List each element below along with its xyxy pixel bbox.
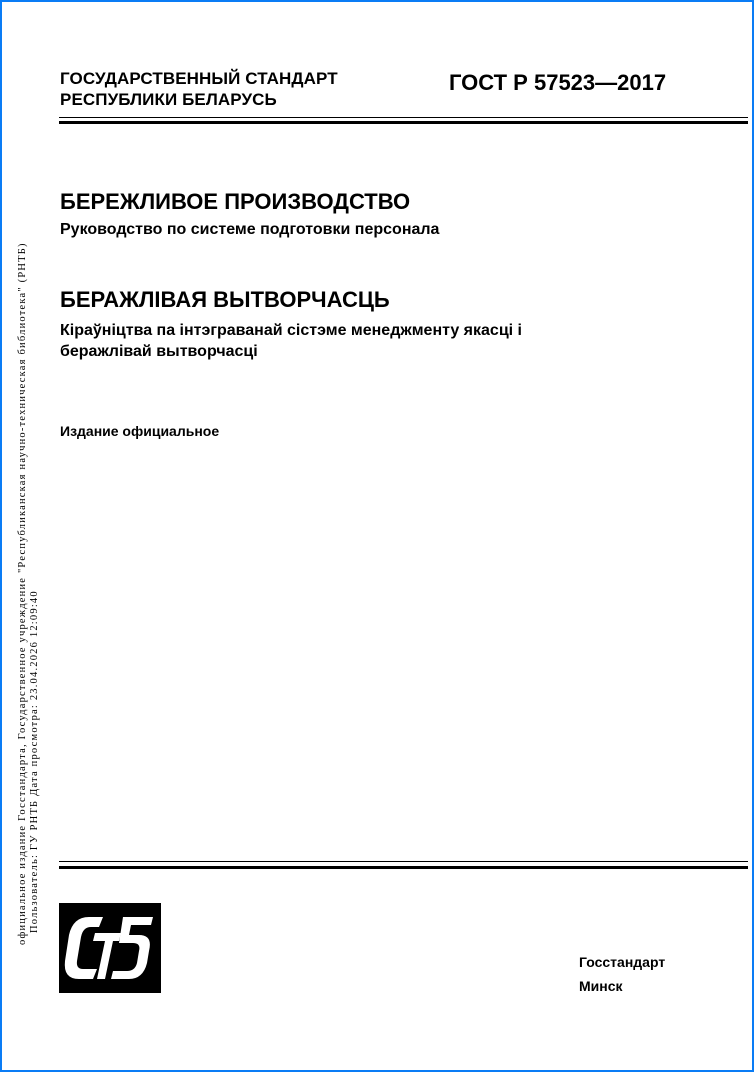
title-belarusian: БЕРАЖЛІВАЯ ВЫТВОРЧАСЦЬ (60, 287, 390, 313)
organization-line-2: РЕСПУБЛИКИ БЕЛАРУСЬ (60, 89, 338, 110)
side-watermark: официальное издание Госстандарта, Госуда… (17, 242, 41, 945)
gosstandart-logo-icon (59, 903, 161, 993)
watermark-line-2: Пользователь: ГУ РНТБ Дата просмотра: 23… (29, 242, 41, 945)
footer-rule-thick (59, 866, 748, 869)
header-rule-thin (59, 117, 748, 118)
footer-rule-thin (59, 861, 748, 862)
subtitle-belarusian-line-1: Кіраўніцтва па інтэграванай сістэме мене… (60, 320, 522, 341)
edition-label: Издание официальное (60, 423, 219, 439)
standard-code: ГОСТ Р 57523—2017 (449, 70, 666, 96)
publisher-city: Минск (579, 974, 665, 998)
watermark-line-1: официальное издание Госстандарта, Госуда… (17, 242, 29, 945)
publisher-name: Госстандарт (579, 950, 665, 974)
header-rule-thick (59, 121, 748, 124)
title-russian: БЕРЕЖЛИВОЕ ПРОИЗВОДСТВО (60, 189, 410, 215)
subtitle-belarusian-line-2: беражлівай вытворчасці (60, 341, 522, 362)
subtitle-belarusian: Кіраўніцтва па інтэграванай сістэме мене… (60, 320, 522, 362)
issuing-organization: ГОСУДАРСТВЕННЫЙ СТАНДАРТ РЕСПУБЛИКИ БЕЛА… (60, 68, 338, 110)
subtitle-russian: Руководство по системе подготовки персон… (60, 221, 439, 239)
organization-line-1: ГОСУДАРСТВЕННЫЙ СТАНДАРТ (60, 68, 338, 89)
publisher-block: Госстандарт Минск (579, 950, 665, 998)
